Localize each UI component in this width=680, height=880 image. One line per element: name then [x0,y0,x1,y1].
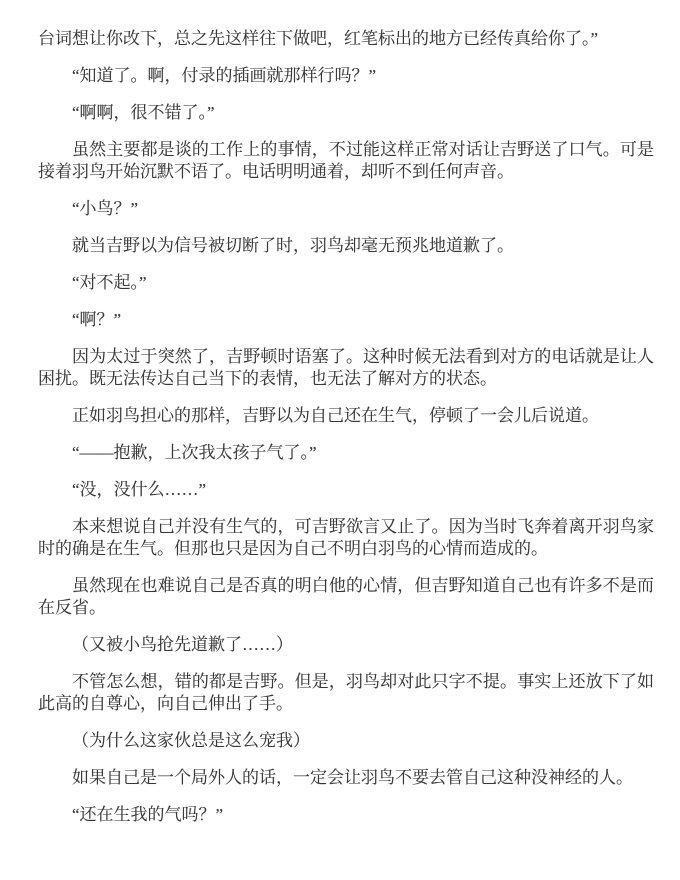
paragraph: 本来想说自己并没有生气的，可吉野欲言又止了。因为当时飞奔着离开羽鸟家时的确是在生… [38,516,654,560]
paragraph: “啊啊，很不错了。” [38,102,654,124]
paragraph: 因为太过于突然了，吉野顿时语塞了。这种时候无法看到对方的电话就是让人困扰。既无法… [38,346,654,390]
paragraph: 正如羽鸟担心的那样，吉野以为自己还在生气，停顿了一会儿后说道。 [38,405,654,427]
scanned-novel-page: 台词想让你改下，总之先这样往下做吧，红笔标出的地方已经传真给你了。” “知道了。… [0,0,680,880]
text-content: 台词想让你改下，总之先这样往下做吧，红笔标出的地方已经传真给你了。” “知道了。… [38,28,654,826]
paragraph: 台词想让你改下，总之先这样往下做吧，红笔标出的地方已经传真给你了。” [38,28,654,50]
paragraph: “啊？” [38,309,654,331]
paragraph: 不管怎么想，错的都是吉野。但是，羽鸟却对此只字不提。事实上还放下了如此高的自尊心… [38,671,654,715]
paragraph: 虽然主要都是谈的工作上的事情，不过能这样正常对话让吉野送了口气。可是接着羽鸟开始… [38,139,654,183]
paragraph: “还在生我的气吗？” [38,804,654,826]
paragraph: （又被小鸟抢先道歉了……） [38,634,654,656]
paragraph: 就当吉野以为信号被切断了时，羽鸟却毫无预兆地道歉了。 [38,235,654,257]
paragraph: “没，没什么……” [38,479,654,501]
paragraph: “知道了。啊，付录的插画就那样行吗？” [38,65,654,87]
paragraph: （为什么这家伙总是这么宠我） [38,730,654,752]
paragraph: “对不起。” [38,272,654,294]
paragraph: “小鸟？” [38,198,654,220]
paragraph: 如果自己是一个局外人的话，一定会让羽鸟不要去管自己这种没神经的人。 [38,767,654,789]
paragraph: 虽然现在也难说自己是否真的明白他的心情，但吉野知道自己也有许多不是而在反省。 [38,575,654,619]
paragraph: “——抱歉，上次我太孩子气了。” [38,442,654,464]
